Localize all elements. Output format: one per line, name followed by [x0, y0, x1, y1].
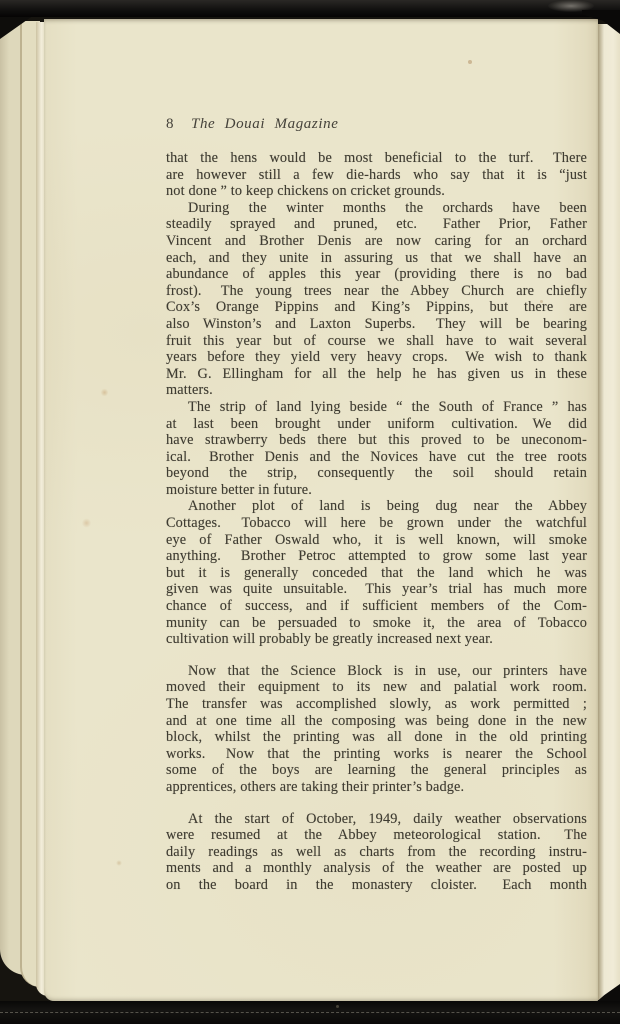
text-line: abundance of apples this year (providing… — [166, 266, 587, 283]
text-line: some of the boys are learning the genera… — [166, 762, 587, 779]
text-line: eye of Father Oswald who, it is well kno… — [166, 532, 587, 549]
text-line: were resumed at the Abbey meteorological… — [166, 827, 587, 844]
text-line: anything. Brother Petroc attempted to gr… — [166, 548, 587, 565]
paragraph: Now that the Science Block is in use, ou… — [166, 663, 587, 796]
text-line: are however still a few die-hards who sa… — [166, 167, 587, 184]
next-page-edge — [598, 24, 620, 1000]
text-line: moved their equipment to its new and pal… — [166, 679, 587, 696]
paragraph: Another plot of land is being dug near t… — [166, 498, 587, 647]
text-line: moisture better in future. — [166, 482, 587, 499]
text-line: each, and they unite in assuring us that… — [166, 250, 587, 267]
text-line: At the start of October, 1949, daily wea… — [166, 811, 587, 828]
text-line: The strip of land lying beside “ the Sou… — [166, 399, 587, 416]
book-scan: 8The Douai Magazine that the hens would … — [0, 0, 620, 1024]
paper-speck — [116, 860, 122, 866]
paper-speck — [101, 388, 108, 397]
paragraph: that the hens would be most beneficial t… — [166, 150, 587, 200]
text-line: During the winter months the orchards ha… — [166, 200, 587, 217]
text-line: munity can be persuaded to smoke it, the… — [166, 615, 587, 632]
text-line: apprentices, others are taking their pri… — [166, 779, 587, 796]
paper-speck — [468, 60, 472, 64]
magazine-title: The Douai Magazine — [191, 114, 338, 135]
text-line: daily readings as well as charts from th… — [166, 844, 587, 861]
text-line: years before they yield very heavy crops… — [166, 349, 587, 366]
text-line: Now that the Science Block is in use, ou… — [166, 663, 587, 680]
page-body: that the hens would be most beneficial t… — [166, 150, 587, 894]
text-line: Cottages. Tobacco will here be grown und… — [166, 515, 587, 532]
text-line: and at one time all the composing was be… — [166, 713, 587, 730]
text-line: also Winston’s and Laxton Superbs. They … — [166, 316, 587, 333]
text-line: beyond the strip, consequently the soil … — [166, 465, 587, 482]
text-line: chance of success, and if sufficient mem… — [166, 598, 587, 615]
text-line: that the hens would be most beneficial t… — [166, 150, 587, 167]
text-line: have strawberry beds there but this prov… — [166, 432, 587, 449]
text-line: on the board in the monastery cloister. … — [166, 877, 587, 894]
text-line: given was quite unsuitable. This year’s … — [166, 581, 587, 598]
text-line: The transfer was accomplished slowly, as… — [166, 696, 587, 713]
text-line: Cox’s Orange Pippins and King’s Pippins,… — [166, 299, 587, 316]
text-line: ments and a monthly analysis of the weat… — [166, 860, 587, 877]
text-line: Vincent and Brother Denis are now caring… — [166, 233, 587, 250]
book-top-edge — [0, 0, 620, 17]
text-line: frost). The young trees near the Abbey C… — [166, 283, 587, 300]
book-bottom-edge — [0, 1001, 620, 1024]
paper-speck — [82, 518, 91, 528]
page-header: 8The Douai Magazine — [166, 114, 338, 135]
page-number: 8 — [166, 114, 174, 135]
text-line: cultivation will probably be greatly inc… — [166, 631, 587, 648]
text-line: ical. Brother Denis and the Novices have… — [166, 449, 587, 466]
text-line: block, whilst the printing was all done … — [166, 729, 587, 746]
text-line: not done ” to keep chickens on cricket g… — [166, 183, 587, 200]
text-line: at last been brought under uniform culti… — [166, 416, 587, 433]
paragraph: The strip of land lying beside “ the Sou… — [166, 399, 587, 499]
text-line: matters. — [166, 382, 587, 399]
text-line: but it is generally conceded that the la… — [166, 565, 587, 582]
scan-scratch-line — [0, 1012, 620, 1013]
text-line: works. Now that the printing works is ne… — [166, 746, 587, 763]
paragraph: At the start of October, 1949, daily wea… — [166, 811, 587, 894]
text-line: Another plot of land is being dug near t… — [166, 498, 587, 515]
text-line: steadily sprayed and pruned, etc. Father… — [166, 216, 587, 233]
text-line: Mr. G. Ellingham for all the help he has… — [166, 366, 587, 383]
text-line: fruit this year but of course we shall h… — [166, 333, 587, 350]
paragraph: During the winter months the orchards ha… — [166, 200, 587, 399]
paper-speck — [336, 1005, 339, 1008]
